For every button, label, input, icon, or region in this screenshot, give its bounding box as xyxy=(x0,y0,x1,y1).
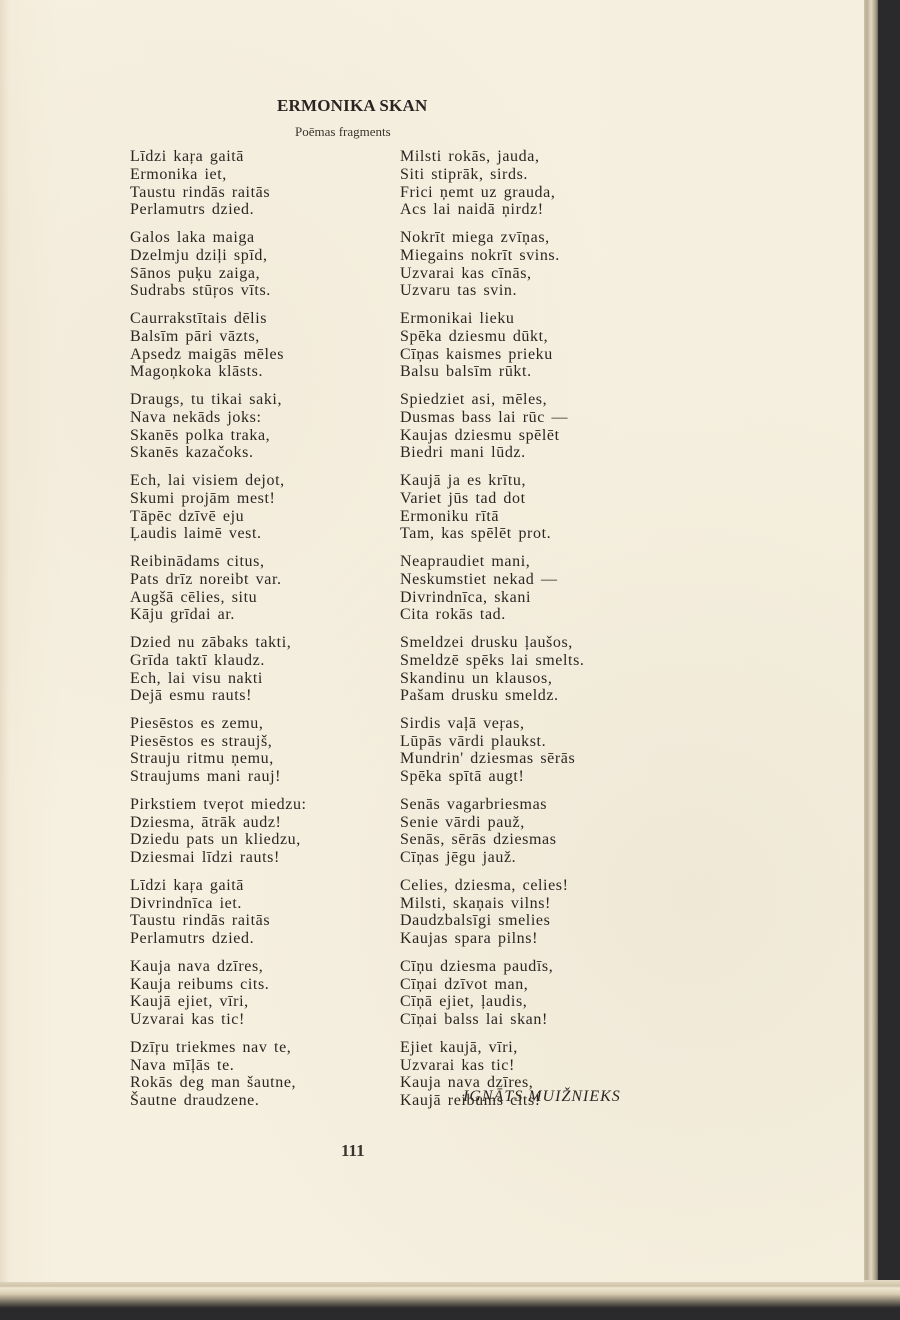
verse-line: Sudrabs stūŗos vīts. xyxy=(130,282,390,300)
verse-line: Ermoniku rītā xyxy=(400,508,660,526)
verse-line: Uzvaru tas svin. xyxy=(400,282,660,300)
verse-line: Cīņai dzīvot man, xyxy=(400,976,660,994)
book-page: ERMONIKA SKAN Poēmas fragments Līdzi kaŗ… xyxy=(0,0,864,1282)
verse-line: Senās vagarbriesmas xyxy=(400,796,660,814)
verse-line: Daudzbalsīgi smelies xyxy=(400,912,660,930)
verse-line: Kauja nava dzīres, xyxy=(130,958,390,976)
verse-line: Magoņkoka klāsts. xyxy=(130,363,390,381)
verse-line: Celies, dziesma, celies! xyxy=(400,877,660,895)
verse-line: Frici ņemt uz grauda, xyxy=(400,184,660,202)
verse-line: Miegains nokrīt svins. xyxy=(400,247,660,265)
verse-line: Grīda taktī klaudz. xyxy=(130,652,390,670)
verse-line: Taustu rindās raitās xyxy=(130,184,390,202)
verse-line: Skanēs polka traka, xyxy=(130,427,390,445)
verse-line: Sirdis vaļā veŗas, xyxy=(400,715,660,733)
verse-line: Skanēs kazačoks. xyxy=(130,444,390,462)
verse-line: Perlamutrs dzied. xyxy=(130,201,390,219)
verse-line: Kaujas dziesmu spēlēt xyxy=(400,427,660,445)
stanza: Līdzi kaŗa gaitāDivrindnīca iet.Taustu r… xyxy=(130,877,390,948)
verse-line: Apsedz maigās mēles xyxy=(130,346,390,364)
verse-line: Ech, lai visiem dejot, xyxy=(130,472,390,490)
page-edge-right xyxy=(862,0,878,1300)
verse-line: Cīņai balss lai skan! xyxy=(400,1011,660,1029)
verse-line: Milsti rokās, jauda, xyxy=(400,148,660,166)
stanza: Galos laka maigaDzelmju dziļi spīd,Sānos… xyxy=(130,229,390,300)
verse-line: Dusmas bass lai rūc — xyxy=(400,409,660,427)
verse-line: Mundrin' dziesmas sērās xyxy=(400,750,660,768)
stanza: Draugs, tu tikai saki,Nava nekāds joks:S… xyxy=(130,391,390,462)
verse-line: Dziesma, ātrāk audz! xyxy=(130,814,390,832)
verse-line: Kauja reibums cits. xyxy=(130,976,390,994)
stanza: Sirdis vaļā veŗas,Lūpās vārdi plaukst.Mu… xyxy=(400,715,660,786)
verse-line: Piesēstos es zemu, xyxy=(130,715,390,733)
verse-line: Skumi projām mest! xyxy=(130,490,390,508)
stanza: Nokrīt miega zvīņas,Miegains nokrīt svin… xyxy=(400,229,660,300)
verse-line: Tāpēc dzīvē eju xyxy=(130,508,390,526)
verse-line: Nokrīt miega zvīņas, xyxy=(400,229,660,247)
verse-line: Pats drīz noreibt var. xyxy=(130,571,390,589)
verse-line: Neapraudiet mani, xyxy=(400,553,660,571)
poem-subtitle: Poēmas fragments xyxy=(295,124,391,140)
stanza: Neapraudiet mani,Neskumstiet nekad —Divr… xyxy=(400,553,660,624)
stanza: Dzīŗu triekmes nav te,Nava mīļās te.Rokā… xyxy=(130,1039,390,1110)
verse-line: Cīņas kaismes prieku xyxy=(400,346,660,364)
verse-line: Straujums mani rauj! xyxy=(130,768,390,786)
verse-line: Galos laka maiga xyxy=(130,229,390,247)
verse-line: Strauju ritmu ņemu, xyxy=(130,750,390,768)
verse-line: Skandinu un klausos, xyxy=(400,670,660,688)
verse-line: Augšā cēlies, situ xyxy=(130,589,390,607)
poem-title: ERMONIKA SKAN xyxy=(277,96,427,116)
verse-line: Rokās deg man šautne, xyxy=(130,1074,390,1092)
verse-line: Balsīm pāri vāzts, xyxy=(130,328,390,346)
verse-line: Kaujā ejiet, vīri, xyxy=(130,993,390,1011)
verse-line: Reibinādams citus, xyxy=(130,553,390,571)
verse-line: Ermonika iet, xyxy=(130,166,390,184)
verse-line: Uzvarai kas tic! xyxy=(400,1057,660,1075)
stanza: Ermonikai liekuSpēka dziesmu dūkt,Cīņas … xyxy=(400,310,660,381)
stanza: Caurrakstītais dēlisBalsīm pāri vāzts,Ap… xyxy=(130,310,390,381)
verse-line: Spiedziet asi, mēles, xyxy=(400,391,660,409)
right-column: Milsti rokās, jauda,Siti stiprāk, sirds.… xyxy=(400,148,660,1120)
verse-line: Milsti, skaņais vilns! xyxy=(400,895,660,913)
stanza: Senās vagarbriesmasSenie vārdi pauž,Senā… xyxy=(400,796,660,867)
verse-line: Lūpās vārdi plaukst. xyxy=(400,733,660,751)
verse-line: Divrindnīca iet. xyxy=(130,895,390,913)
left-column: Līdzi kaŗa gaitāErmonika iet,Taustu rind… xyxy=(130,148,390,1120)
verse-line: Piesēstos es straujš, xyxy=(130,733,390,751)
verse-line: Nava mīļās te. xyxy=(130,1057,390,1075)
verse-line: Taustu rindās raitās xyxy=(130,912,390,930)
verse-line: Neskumstiet nekad — xyxy=(400,571,660,589)
verse-line: Perlamutrs dzied. xyxy=(130,930,390,948)
verse-line: Smeldzē spēks lai smelts. xyxy=(400,652,660,670)
verse-line: Siti stiprāk, sirds. xyxy=(400,166,660,184)
verse-line: Spēka spītā augt! xyxy=(400,768,660,786)
verse-line: Pašam drusku smeldz. xyxy=(400,687,660,705)
verse-line: Balsu balsīm rūkt. xyxy=(400,363,660,381)
verse-line: Dziesmai līdzi rauts! xyxy=(130,849,390,867)
verse-line: Dziedu pats un kliedzu, xyxy=(130,831,390,849)
verse-line: Ejiet kaujā, vīri, xyxy=(400,1039,660,1057)
verse-line: Variet jūs tad dot xyxy=(400,490,660,508)
verse-line: Tam, kas spēlēt prot. xyxy=(400,525,660,543)
verse-line: Šautne draudzene. xyxy=(130,1092,390,1110)
verse-line: Spēka dziesmu dūkt, xyxy=(400,328,660,346)
stanza: Cīņu dziesma paudīs,Cīņai dzīvot man,Cīņ… xyxy=(400,958,660,1029)
stanza: Pirkstiem tveŗot miedzu:Dziesma, ātrāk a… xyxy=(130,796,390,867)
verse-line: Līdzi kaŗa gaitā xyxy=(130,148,390,166)
verse-line: Nava nekāds joks: xyxy=(130,409,390,427)
verse-line: Acs lai naidā ņirdz! xyxy=(400,201,660,219)
stanza: Spiedziet asi, mēles,Dusmas bass lai rūc… xyxy=(400,391,660,462)
verse-line: Dzelmju dziļi spīd, xyxy=(130,247,390,265)
verse-line: Dzied nu zābaks takti, xyxy=(130,634,390,652)
verse-line: Uzvarai kas tic! xyxy=(130,1011,390,1029)
stanza: Līdzi kaŗa gaitāErmonika iet,Taustu rind… xyxy=(130,148,390,219)
verse-line: Dejā esmu rauts! xyxy=(130,687,390,705)
verse-line: Kaujā ja es krītu, xyxy=(400,472,660,490)
verse-line: Cīņu dziesma paudīs, xyxy=(400,958,660,976)
verse-line: Ermonikai lieku xyxy=(400,310,660,328)
verse-line: Ļaudis laimē vest. xyxy=(130,525,390,543)
stanza: Ech, lai visiem dejot,Skumi projām mest!… xyxy=(130,472,390,543)
verse-line: Cita rokās tad. xyxy=(400,606,660,624)
verse-line: Biedri mani lūdz. xyxy=(400,444,660,462)
verse-line: Senie vārdi pauž, xyxy=(400,814,660,832)
page-stack-bottom xyxy=(0,1280,900,1320)
stanza: Kauja nava dzīres,Kauja reibums cits.Kau… xyxy=(130,958,390,1029)
verse-line: Draugs, tu tikai saki, xyxy=(130,391,390,409)
stanza: Piesēstos es zemu,Piesēstos es straujš,S… xyxy=(130,715,390,786)
stanza: Reibinādams citus,Pats drīz noreibt var.… xyxy=(130,553,390,624)
verse-line: Senās, sērās dziesmas xyxy=(400,831,660,849)
verse-line: Dzīŗu triekmes nav te, xyxy=(130,1039,390,1057)
verse-line: Uzvarai kas cīnās, xyxy=(400,265,660,283)
stanza: Kaujā ja es krītu,Variet jūs tad dotErmo… xyxy=(400,472,660,543)
verse-line: Caurrakstītais dēlis xyxy=(130,310,390,328)
stanza: Dzied nu zābaks takti,Grīda taktī klaudz… xyxy=(130,634,390,705)
verse-line: Kaujas spara pilns! xyxy=(400,930,660,948)
author-signature: IGNĀTS MUIŽNIEKS xyxy=(463,1088,621,1106)
verse-line: Līdzi kaŗa gaitā xyxy=(130,877,390,895)
verse-line: Smeldzei drusku ļaušos, xyxy=(400,634,660,652)
stanza: Milsti rokās, jauda,Siti stiprāk, sirds.… xyxy=(400,148,660,219)
stanza: Smeldzei drusku ļaušos,Smeldzē spēks lai… xyxy=(400,634,660,705)
stanza: Celies, dziesma, celies!Milsti, skaņais … xyxy=(400,877,660,948)
verse-line: Cīņas jēgu jauž. xyxy=(400,849,660,867)
page-number: 111 xyxy=(341,1141,365,1161)
verse-line: Ech, lai visu nakti xyxy=(130,670,390,688)
verse-line: Cīņā ejiet, ļaudis, xyxy=(400,993,660,1011)
verse-line: Pirkstiem tveŗot miedzu: xyxy=(130,796,390,814)
verse-line: Kāju grīdai ar. xyxy=(130,606,390,624)
verse-line: Sānos puķu zaiga, xyxy=(130,265,390,283)
verse-line: Divrindnīca, skani xyxy=(400,589,660,607)
